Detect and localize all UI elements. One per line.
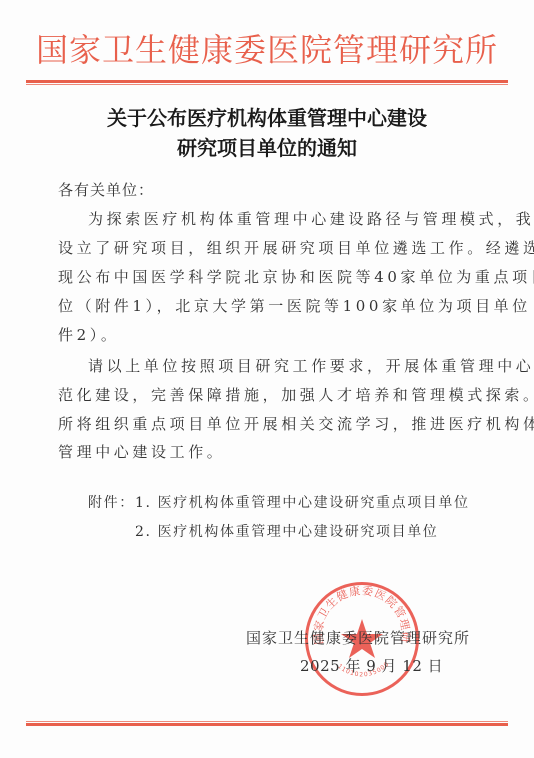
paragraph-2-line: 所将组织重点项目单位开展相关交流学习，推进医疗机构体重 (58, 413, 534, 435)
paragraph-1-line: 现公布中国医学科学院北京协和医院等40家单位为重点项目单 (58, 266, 534, 288)
divider-thin-line (26, 721, 508, 722)
paragraph-1-line: 设立了研究项目，组织开展研究项目单位遴选工作。经遴选， (58, 237, 534, 259)
document-title-line-2: 研究项目单位的通知 (0, 133, 534, 163)
divider-thick-line (26, 80, 508, 83)
paragraph-2-line: 请以上单位按照项目研究工作要求，开展体重管理中心规 (88, 355, 534, 377)
divider-thin-line (26, 84, 508, 85)
document-page: 国家卫生健康委医院管理研究所 关于公布医疗机构体重管理中心建设 研究项目单位的通… (0, 0, 534, 758)
paragraph-1-line: 为探索医疗机构体重管理中心建设路径与管理模式，我所 (88, 208, 534, 230)
paragraph-1-line: 件2）。 (58, 324, 119, 346)
paragraph-2-line: 范化建设，完善保障措施，加强人才培养和管理模式探索。我 (58, 384, 534, 406)
paragraph-2-line: 管理中心建设工作。 (58, 441, 225, 463)
letterhead-divider (26, 80, 508, 86)
document-title-line-1: 关于公布医疗机构体重管理中心建设 (0, 103, 534, 133)
attachments-label: 附件： (88, 493, 135, 513)
signature-organization: 国家卫生健康委医院管理研究所 (246, 627, 470, 649)
letterhead-title: 国家卫生健康委医院管理研究所 (0, 30, 534, 70)
divider-thick-line (26, 723, 508, 726)
paragraph-1-line: 位（附件1），北京大学第一医院等100家单位为项目单位（附 (58, 295, 534, 317)
attachment-item[interactable]: 2. 医疗机构体重管理中心建设研究项目单位 (135, 522, 438, 542)
signature-date: 2025 年 9 月 12 日 (300, 655, 443, 677)
salutation: 各有关单位： (58, 179, 154, 201)
attachment-item[interactable]: 1. 医疗机构体重管理中心建设研究重点项目单位 (135, 493, 470, 513)
footer-divider (26, 721, 508, 727)
